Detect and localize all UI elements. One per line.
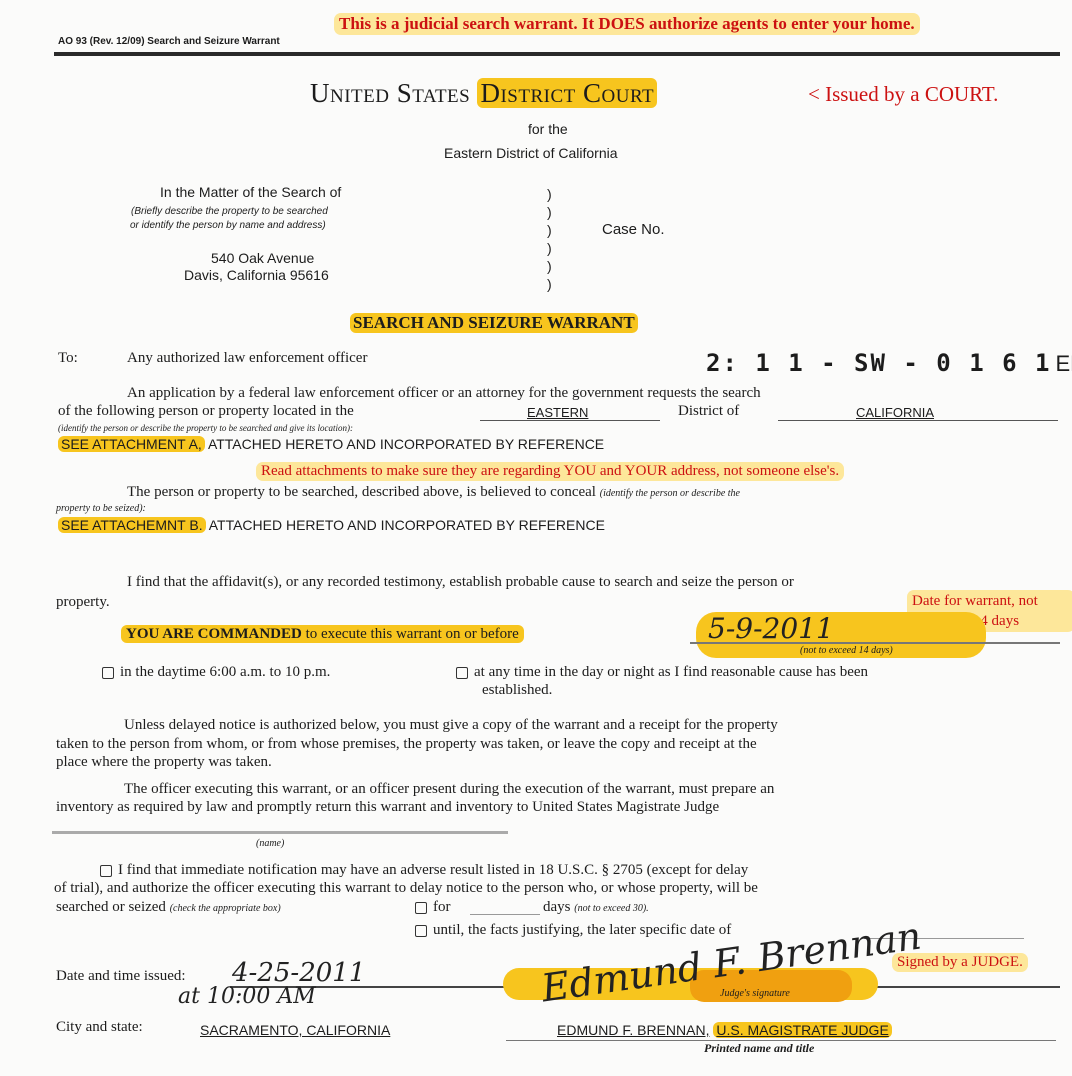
to-label: To: [58, 350, 78, 367]
command-line: YOU ARE COMMANDED to execute this warran… [121, 626, 524, 643]
conceal-instructions-2: property to be seized): [56, 503, 146, 514]
case-no-label: Case No. [602, 221, 665, 238]
for-days-checkbox[interactable] [415, 902, 427, 914]
printed-name-title: EDMUND F. BRENNAN, U.S. MAGISTRATE JUDGE [557, 1022, 892, 1038]
name-caption: (name) [256, 838, 284, 849]
delay-for-option[interactable]: for [415, 899, 451, 916]
attachment-b-rest: ATTACHED HERETO AND INCORPORATED BY REFE… [209, 517, 605, 533]
form-header: AO 93 (Rev. 12/09) Search and Seizure Wa… [58, 36, 280, 47]
command-highlight: YOU ARE COMMANDED [126, 626, 302, 642]
anytime-checkbox[interactable] [456, 667, 468, 679]
city-state-label: City and state: [56, 1019, 143, 1036]
probable-cause-line-1: I find that the affidavit(s), or any rec… [127, 574, 794, 591]
days-field[interactable] [470, 914, 540, 915]
date-caption: (not to exceed 14 days) [800, 645, 893, 656]
warrant-title: SEARCH AND SEIZURE WARRANT [350, 313, 638, 333]
caption-instructions-1: (Briefly describe the property to be sea… [131, 206, 328, 217]
annotation-judicial: This is a judicial search warrant. It DO… [334, 13, 920, 35]
delay-until-option[interactable]: until, the facts justifying, the later s… [415, 922, 731, 939]
address-line-2: Davis, California 95616 [184, 267, 329, 283]
issued-label: Date and time issued: [56, 968, 186, 985]
state-field-value: CALIFORNIA [856, 405, 934, 420]
delay-line-3: searched or seized (check the appropriat… [56, 899, 281, 916]
attachment-b-highlight: SEE ATTACHEMNT B. [58, 517, 206, 533]
annotation-court: < Issued by a COURT. [808, 82, 998, 107]
inventory-line-1: The officer executing this warrant, or a… [124, 781, 774, 798]
case-number: 2: 1 1 - SW - 0 1 6 1 EFB [706, 349, 1072, 377]
attachment-a-highlight: SEE ATTACHMENT A, [58, 436, 205, 452]
court-title-part1: United States [310, 78, 470, 108]
for-label: for [433, 899, 451, 915]
option-anytime[interactable]: at any time in the day or night as I fin… [456, 664, 868, 681]
anytime-label-2: established. [482, 682, 552, 699]
application-instructions: (identify the person or describe the pro… [58, 423, 353, 433]
printed-title: U.S. MAGISTRATE JUDGE [713, 1022, 891, 1038]
header-rule [54, 52, 1060, 56]
attachment-a-rest: ATTACHED HERETO AND INCORPORATED BY REFE… [208, 436, 604, 452]
for-the: for the [528, 121, 568, 137]
delay-instructions: (check the appropriate box) [170, 903, 281, 914]
delay-line-3-text: searched or seized [56, 899, 166, 915]
probable-cause-line-2: property. [56, 594, 110, 611]
daytime-label: in the daytime 6:00 a.m. to 10 p.m. [120, 664, 330, 680]
caption-parens: ) ) ) ) ) ) [547, 185, 552, 293]
option-daytime[interactable]: in the daytime 6:00 a.m. to 10 p.m. [102, 664, 330, 681]
annotation-date-line-1: Date for warrant, not [912, 591, 1070, 611]
days-text: days [543, 899, 571, 915]
days-caption: (not to exceed 30). [574, 903, 648, 914]
conceal-instructions: (identify the person or describe the [600, 488, 740, 499]
attachment-b-line: SEE ATTACHEMNT B. ATTACHED HERETO AND IN… [58, 517, 605, 533]
matter-label: In the Matter of the Search of [160, 184, 341, 200]
city-state-value: SACRAMENTO, CALIFORNIA [200, 1022, 390, 1038]
address-line-1: 540 Oak Avenue [211, 250, 314, 266]
command-highlight-box: YOU ARE COMMANDED to execute this warran… [121, 625, 524, 643]
issued-time: at 10:00 AM [178, 984, 316, 1009]
district-field-line [480, 420, 660, 421]
signature-caption: Judge's signature [720, 988, 790, 999]
anytime-label: at any time in the day or night as I fin… [474, 664, 868, 680]
until-label: until, the facts justifying, the later s… [433, 922, 731, 938]
delay-line-1: I find that immediate notification may h… [100, 862, 748, 879]
printed-name: EDMUND F. BRENNAN, [557, 1022, 709, 1038]
delay-line-2: of trial), and authorize the officer exe… [54, 880, 758, 897]
command-rest: to execute this warrant on or before [306, 626, 519, 642]
district-name: Eastern District of California [444, 145, 618, 161]
case-number-value: 2: 1 1 - SW - 0 1 6 1 [706, 349, 1051, 377]
annotation-attachments: Read attachments to make sure they are r… [256, 462, 844, 481]
caption-instructions-2: or identify the person by name and addre… [130, 220, 326, 231]
inventory-line-2: inventory as required by law and promptl… [56, 799, 719, 816]
delay-text: I find that immediate notification may h… [118, 862, 748, 878]
notice-line-1: Unless delayed notice is authorized belo… [124, 717, 778, 734]
state-field-line [778, 420, 1058, 421]
notice-line-3: place where the property was taken. [56, 754, 272, 771]
conceal-line-1: The person or property to be searched, d… [127, 484, 740, 501]
execute-by-date: 5-9-2011 [708, 612, 834, 645]
application-line-1: An application by a federal law enforcem… [127, 385, 761, 402]
daytime-checkbox[interactable] [102, 667, 114, 679]
conceal-text: The person or property to be searched, d… [127, 484, 596, 500]
application-line-2: of the following person or property loca… [58, 403, 354, 420]
until-checkbox[interactable] [415, 925, 427, 937]
district-of-label: District of [678, 403, 739, 420]
district-field-value: EASTERN [527, 405, 588, 420]
annotation-judge: Signed by a JUDGE. [892, 953, 1028, 972]
days-label: days (not to exceed 30). [543, 899, 649, 916]
case-number-suffix: EFB [1055, 351, 1072, 376]
notice-line-2: taken to the person from whom, or from w… [56, 736, 757, 753]
court-title-part2: District Court [477, 78, 657, 108]
delay-checkbox[interactable] [100, 865, 112, 877]
court-title: United States District Court [310, 78, 657, 109]
printed-caption: Printed name and title [704, 1041, 814, 1056]
attachment-a-line: SEE ATTACHMENT A, ATTACHED HERETO AND IN… [58, 436, 604, 452]
to-recipient: Any authorized law enforcement officer [127, 350, 367, 367]
magistrate-name-field[interactable] [52, 831, 508, 834]
